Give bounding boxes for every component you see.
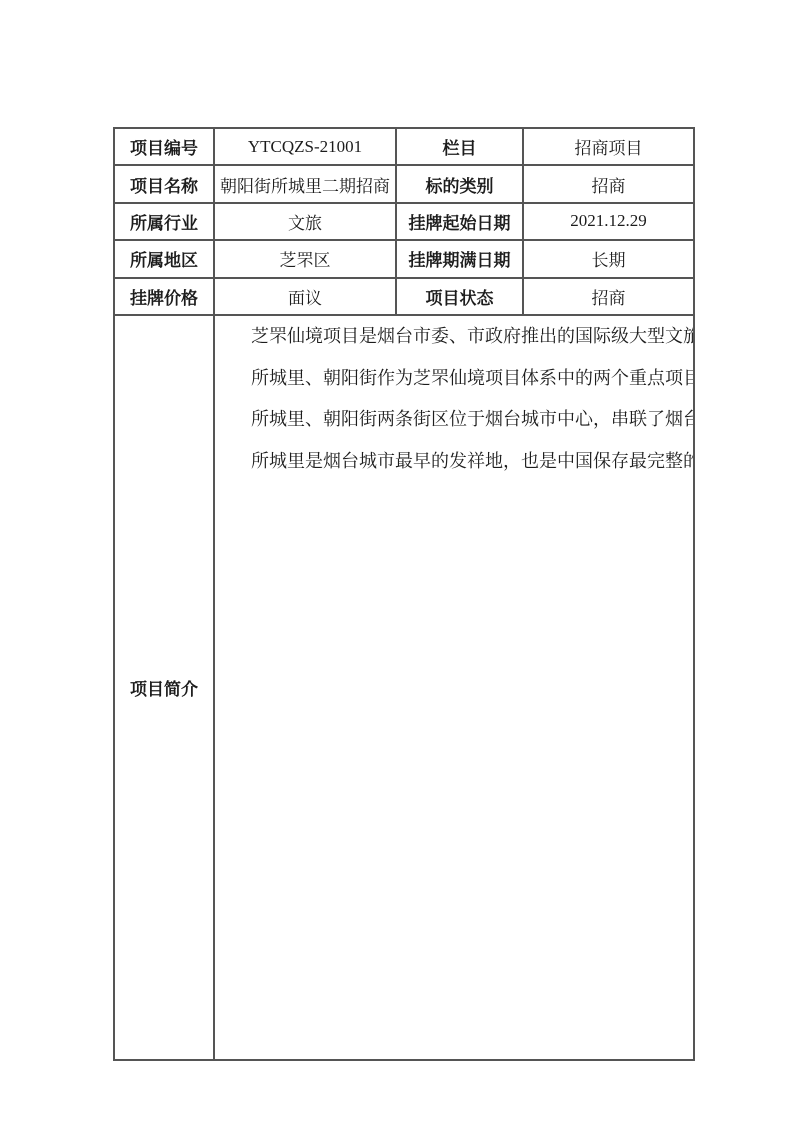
value-listing-price: 面议 (214, 278, 396, 315)
summary-paragraph: 芝罘仙境项目是烟台市委、市政府推出的国际级大型文旅综合体，地域沿芝罘湾至崆峒岛一… (215, 316, 693, 357)
summary-row: 项目简介 芝罘仙境项目是烟台市委、市政府推出的国际级大型文旅综合体，地域沿芝罘湾… (114, 315, 694, 1060)
project-summary-cell: 芝罘仙境项目是烟台市委、市政府推出的国际级大型文旅综合体，地域沿芝罘湾至崆峒岛一… (214, 315, 694, 1060)
label-subject-type: 标的类别 (396, 165, 523, 202)
label-project-summary: 项目简介 (114, 315, 214, 1060)
value-listing-end-date: 长期 (523, 240, 694, 277)
project-summary-text: 芝罘仙境项目是烟台市委、市政府推出的国际级大型文旅综合体，地域沿芝罘湾至崆峒岛一… (215, 316, 693, 1058)
label-listing-start-date: 挂牌起始日期 (396, 203, 523, 240)
value-project-name: 朝阳街所城里二期招商 (214, 165, 396, 202)
label-listing-end-date: 挂牌期满日期 (396, 240, 523, 277)
value-project-status: 招商 (523, 278, 694, 315)
value-project-id: YTCQZS-21001 (214, 128, 396, 165)
value-category: 招商项目 (523, 128, 694, 165)
info-row-price: 挂牌价格 面议 项目状态 招商 (114, 278, 694, 315)
label-project-status: 项目状态 (396, 278, 523, 315)
label-project-id: 项目编号 (114, 128, 214, 165)
info-row-project-id: 项目编号 YTCQZS-21001 栏目 招商项目 (114, 128, 694, 165)
value-listing-start-date: 2021.12.29 (523, 203, 694, 240)
value-subject-type: 招商 (523, 165, 694, 202)
document-page: 项目编号 YTCQZS-21001 栏目 招商项目 项目名称 朝阳街所城里二期招… (0, 0, 793, 1122)
info-row-project-name: 项目名称 朝阳街所城里二期招商 标的类别 招商 (114, 165, 694, 202)
label-category: 栏目 (396, 128, 523, 165)
label-industry: 所属行业 (114, 203, 214, 240)
summary-paragraph: 所城里、朝阳街两条街区位于烟台城市中心，串联了烟台的城市记忆。 (215, 399, 693, 440)
summary-paragraph: 所城里是烟台城市最早的发祥地，也是中国保存最完整的明清卫所城池之一，被誉为“烟台… (215, 441, 693, 482)
value-industry: 文旅 (214, 203, 396, 240)
label-listing-price: 挂牌价格 (114, 278, 214, 315)
info-row-industry: 所属行业 文旅 挂牌起始日期 2021.12.29 (114, 203, 694, 240)
label-region: 所属地区 (114, 240, 214, 277)
value-region: 芝罘区 (214, 240, 396, 277)
info-row-region: 所属地区 芝罘区 挂牌期满日期 长期 (114, 240, 694, 277)
label-project-name: 项目名称 (114, 165, 214, 202)
summary-paragraph: 所城里、朝阳街作为芝罘仙境项目体系中的两个重点项目，已于 2021 年 2 月 … (215, 358, 693, 399)
project-info-table: 项目编号 YTCQZS-21001 栏目 招商项目 项目名称 朝阳街所城里二期招… (113, 127, 695, 1061)
